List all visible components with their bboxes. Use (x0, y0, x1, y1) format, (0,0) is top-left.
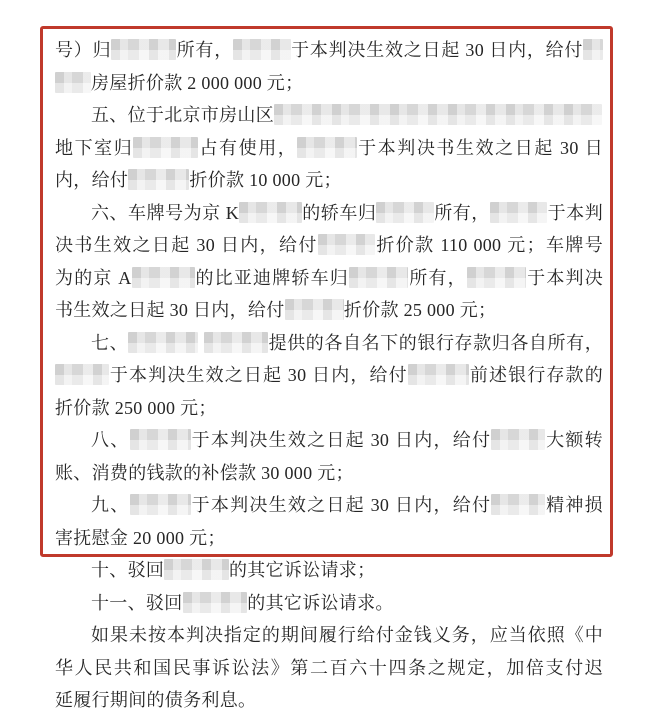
document-page: 号）归所有，于本判决生效之日起 30 日内，给付房屋折价款 2 000 000 … (0, 0, 646, 721)
redaction-block (467, 267, 526, 288)
judgment-text: 号）归所有，于本判决生效之日起 30 日内，给付房屋折价款 2 000 000 … (55, 34, 603, 717)
text-line: 内，给付折价款 10 000 元； (55, 164, 603, 197)
text-segment: 于本判决生效之日起 30 日内，给付 (191, 495, 492, 515)
text-segment (198, 333, 203, 353)
text-line: 七、 提供的各自名下的银行存款归各自所有， (55, 327, 603, 360)
redaction-block (128, 169, 189, 190)
redaction-block (491, 429, 545, 450)
text-line: 于本判决生效之日起 30 日内，给付前述银行存款的 (55, 359, 603, 392)
text-line: 决书生效之日起 30 日内，给付折价款 110 000 元；车牌号 (55, 229, 603, 262)
text-line: 害抚慰金 20 000 元； (55, 522, 603, 555)
text-segment: 房屋折价款 2 000 000 元； (91, 73, 303, 93)
redaction-block (318, 234, 376, 255)
text-segment: 内，给付 (55, 170, 128, 190)
text-segment: 占有使用， (198, 138, 297, 158)
redaction-block (130, 494, 191, 515)
text-line: 账、消费的钱款的补偿款 30 000 元； (55, 457, 603, 490)
text-line: 书生效之日起 30 日内，给付折价款 25 000 元； (55, 294, 603, 327)
text-line: 八、于本判决生效之日起 30 日内，给付大额转 (55, 424, 603, 457)
redaction-block (490, 202, 548, 223)
text-line: 九、于本判决生效之日起 30 日内，给付精神损 (55, 489, 603, 522)
text-segment: 的比亚迪牌轿车归 (195, 268, 349, 288)
text-segment: 前述银行存款的 (469, 365, 603, 385)
text-segment: 七、 (91, 333, 128, 353)
text-segment: 书生效之日起 30 日内，给付 (55, 300, 285, 320)
text-line: 六、车牌号为京 K的轿车归所有，于本判 (55, 197, 603, 230)
text-segment: 所有， (434, 203, 490, 223)
text-segment: 折价款 110 000 元；车牌号 (375, 235, 603, 255)
redaction-block (55, 72, 91, 93)
text-segment: 的其它诉讼请求； (229, 560, 375, 580)
redaction-block (111, 39, 176, 60)
text-segment: 于本判决生效之日起 30 日内，给付 (291, 40, 584, 60)
redaction-block (233, 39, 291, 60)
text-line: 房屋折价款 2 000 000 元； (55, 67, 603, 100)
redaction-block (274, 104, 602, 125)
text-segment: 六、车牌号为京 K (91, 203, 239, 223)
text-segment: 九、 (91, 495, 130, 515)
text-segment: 所有， (176, 40, 233, 60)
redaction-block (130, 429, 191, 450)
redaction-block (491, 494, 545, 515)
text-segment: 决书生效之日起 30 日内，给付 (55, 235, 318, 255)
text-segment: 如果未按本判决指定的期间履行给付金钱义务，应当依照《中 (91, 625, 603, 645)
text-segment: 地下室归 (55, 138, 133, 158)
redaction-block (239, 202, 302, 223)
redaction-block (164, 559, 229, 580)
text-segment: 折价款 10 000 元； (189, 170, 341, 190)
redaction-block (55, 364, 109, 385)
text-segment: 十一、驳回 (91, 593, 183, 613)
text-line: 十、驳回的其它诉讼请求； (55, 554, 603, 587)
text-line: 为的京 A的比亚迪牌轿车归所有，于本判决 (55, 262, 603, 295)
redaction-block (349, 267, 408, 288)
text-segment: 延履行期间的债务利息。 (55, 690, 256, 710)
redaction-block (408, 364, 469, 385)
text-segment: 提供的各自名下的银行存款归各自所有， (268, 333, 603, 353)
text-segment: 十、驳回 (91, 560, 164, 580)
text-segment: 于本判决 (526, 268, 603, 288)
text-line: 十一、驳回的其它诉讼请求。 (55, 587, 603, 620)
text-segment: 于本判 (547, 203, 603, 223)
text-segment: 害抚慰金 20 000 元； (55, 528, 226, 548)
text-segment: 折价款 25 000 元； (344, 300, 496, 320)
text-segment: 为的京 A (55, 268, 132, 288)
text-segment: 于本判决生效之日起 30 日内，给付 (109, 365, 408, 385)
redaction-block (183, 592, 248, 613)
text-segment: 于本判决生效之日起 30 日内，给付 (191, 430, 492, 450)
text-segment: 精神损 (545, 495, 603, 515)
text-line: 地下室归占有使用，于本判决书生效之日起 30 日 (55, 132, 603, 165)
text-line: 折价款 250 000 元； (55, 392, 603, 425)
text-line: 号）归所有，于本判决生效之日起 30 日内，给付 (55, 34, 603, 67)
text-segment: 折价款 250 000 元； (55, 398, 217, 418)
text-line: 如果未按本判决指定的期间履行给付金钱义务，应当依照《中 (55, 619, 603, 652)
redaction-block (583, 39, 603, 60)
text-line: 华人民共和国民事诉讼法》第二百六十四条之规定，加倍支付迟 (55, 652, 603, 685)
redaction-block (297, 137, 356, 158)
text-segment: 八、 (91, 430, 130, 450)
redaction-block (133, 137, 198, 158)
redaction-block (132, 267, 195, 288)
text-segment: 五、位于北京市房山区 (91, 105, 274, 125)
text-segment: 号）归 (55, 40, 111, 60)
redaction-block (204, 332, 269, 353)
text-line: 延履行期间的债务利息。 (55, 684, 603, 717)
text-segment: 账、消费的钱款的补偿款 30 000 元； (55, 463, 354, 483)
redaction-block (376, 202, 434, 223)
text-segment: 华人民共和国民事诉讼法》第二百六十四条之规定，加倍支付迟 (55, 658, 603, 678)
text-segment: 于本判决书生效之日起 30 日 (357, 138, 603, 158)
redaction-block (128, 332, 198, 353)
text-segment: 大额转 (545, 430, 603, 450)
text-segment: 的轿车归 (302, 203, 376, 223)
text-line: 五、位于北京市房山区 (55, 99, 603, 132)
redaction-block (285, 299, 344, 320)
text-segment: 的其它诉讼请求。 (247, 593, 393, 613)
text-segment: 所有， (408, 268, 466, 288)
